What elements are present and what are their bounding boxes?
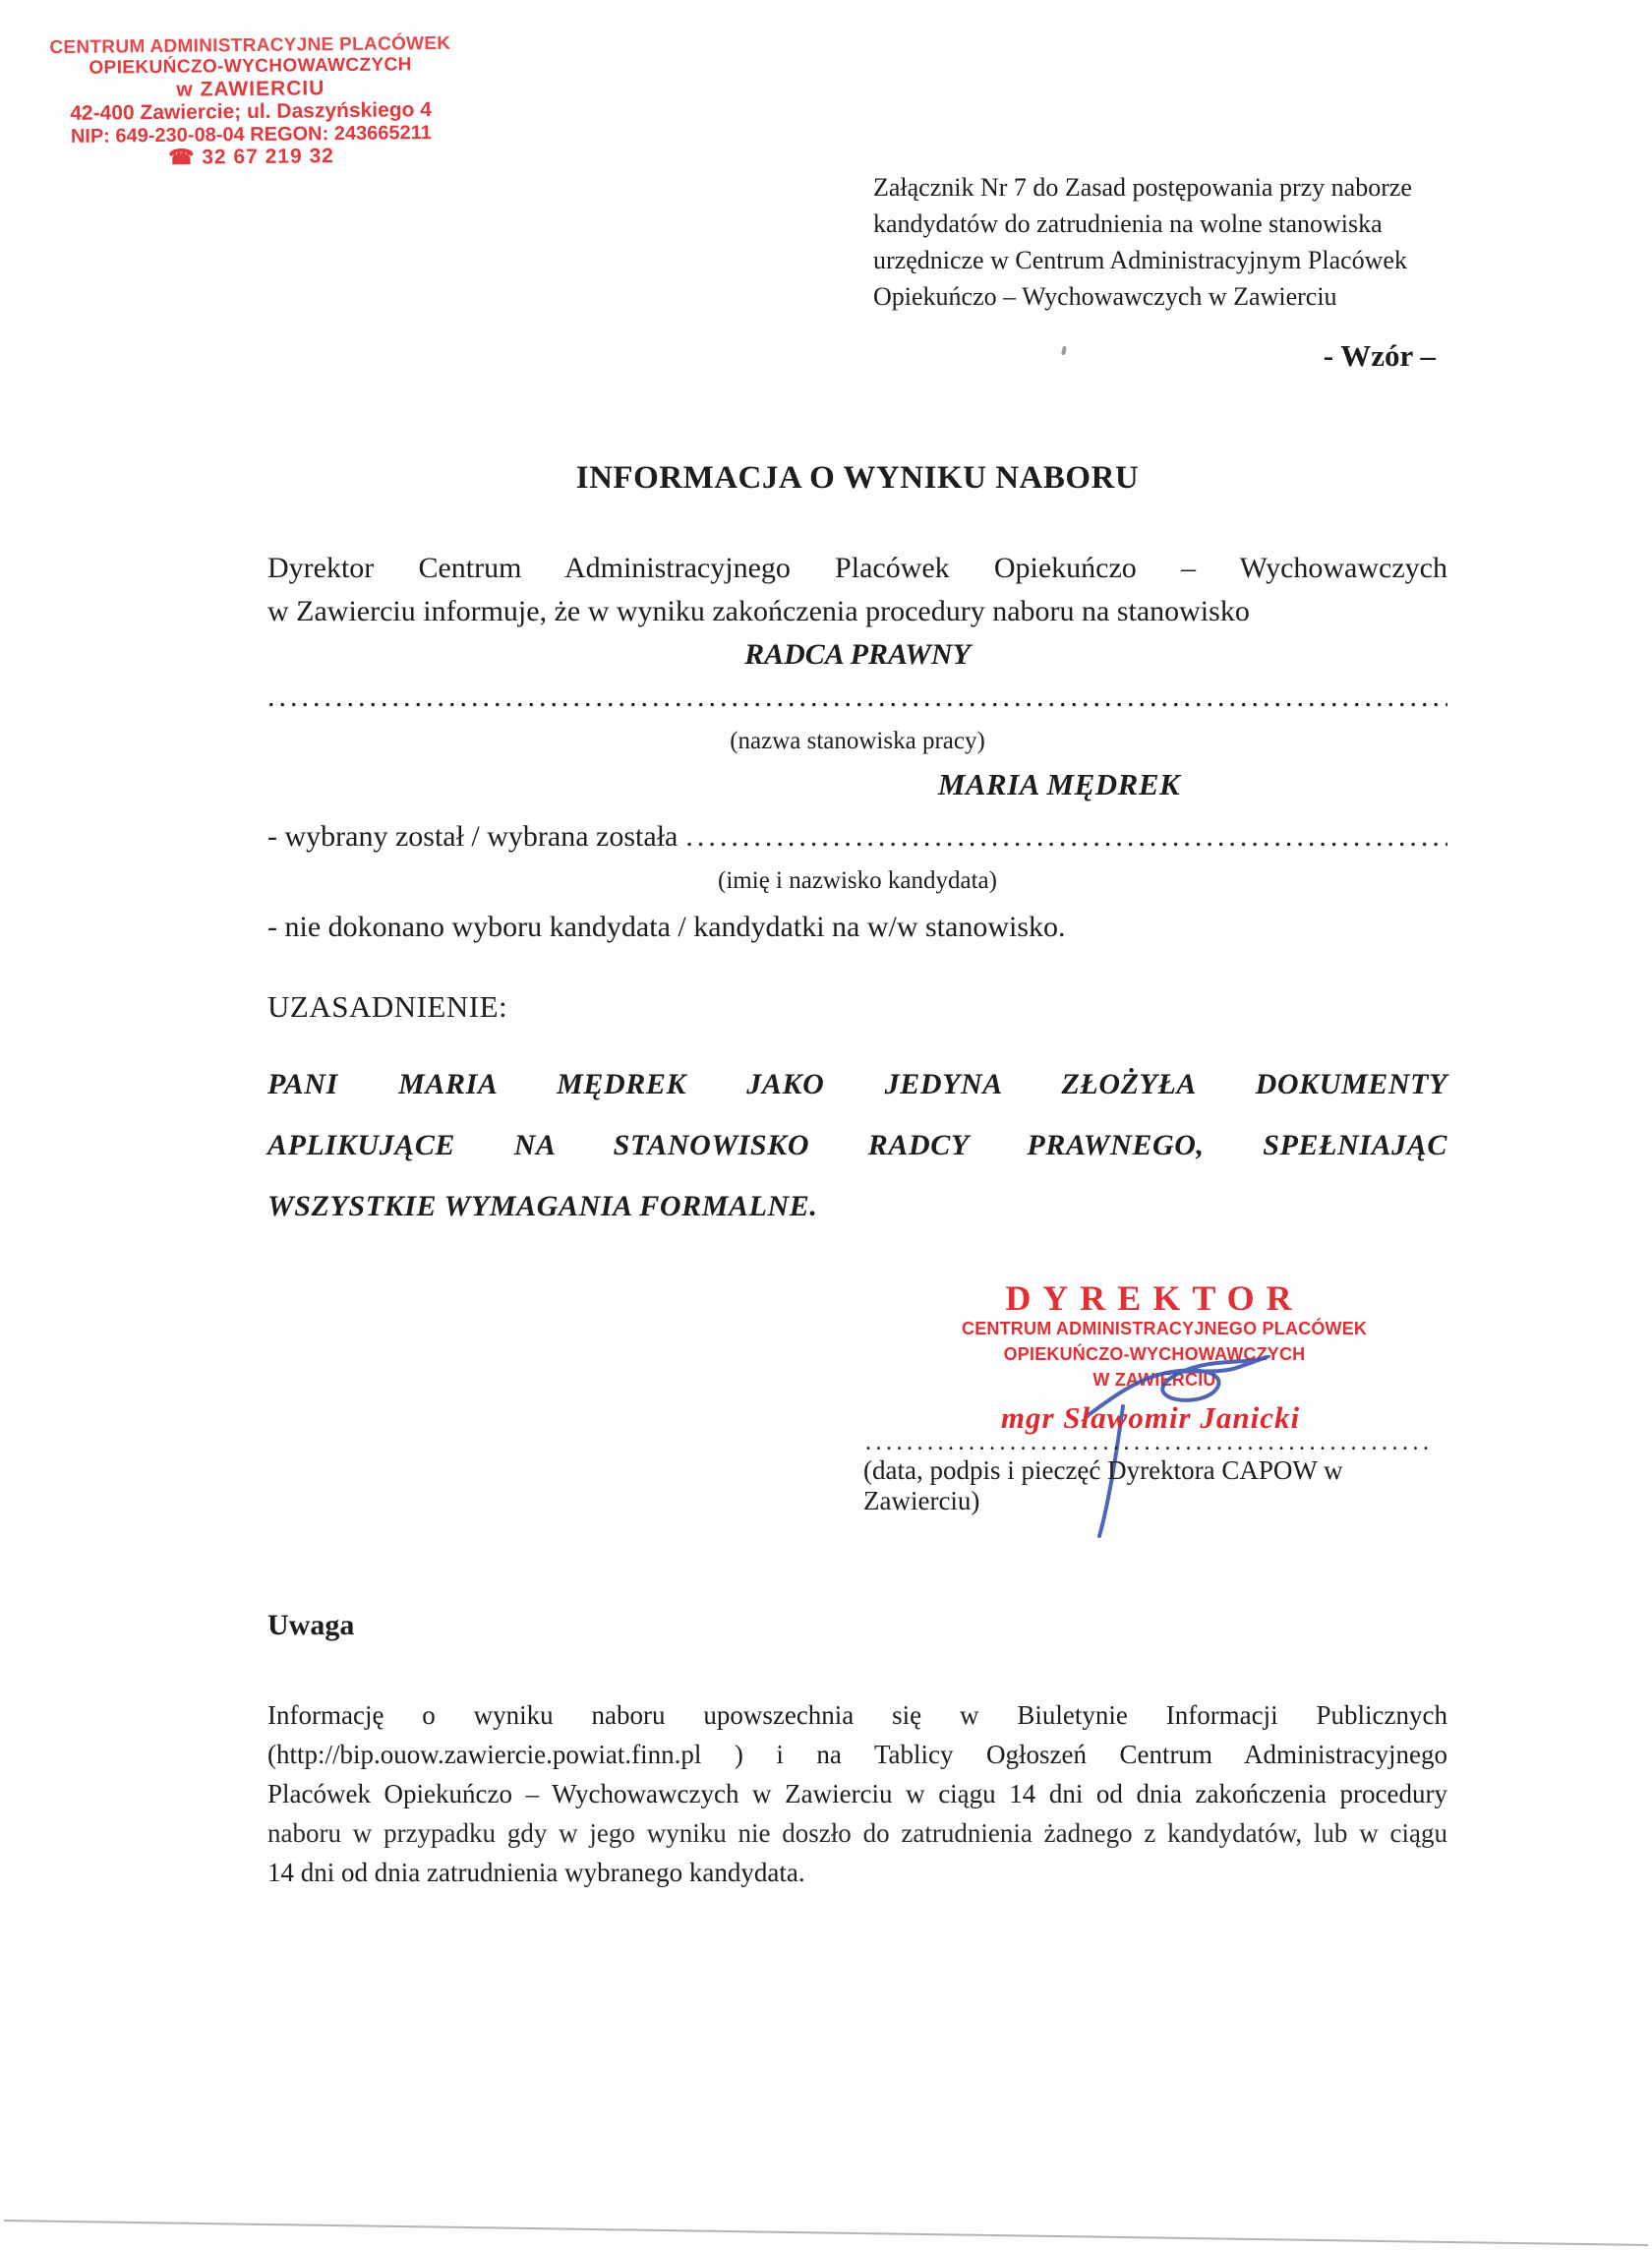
no-selection-line: - nie dokonano wyboru kandydata / kandyd…: [267, 911, 1447, 944]
director-stamp-title: DYREKTOR: [962, 1280, 1347, 1316]
note-line: (http://bip.ouow.zawiercie.powiat.finn.p…: [267, 1735, 1447, 1774]
organization-stamp: CENTRUM ADMINISTRACYJNE PLACÓWEK OPIEKUŃ…: [48, 33, 452, 171]
intro-line: w Zawierciu informuje, że w wyniku zakoń…: [267, 590, 1447, 633]
justification-heading: UZASADNIENIE:: [267, 989, 1447, 1025]
caption-candidate-name: (imię i nazwisko kandydata): [267, 867, 1447, 895]
org-stamp-phone: ☎ 32 67 219 32: [49, 144, 452, 171]
signature-dotted-line: ........................................…: [865, 1434, 1434, 1452]
intro-paragraph: Dyrektor Centrum Administracyjnego Placó…: [267, 547, 1447, 677]
attachment-note: Załącznik Nr 7 do Zasad postępowania prz…: [873, 169, 1439, 315]
selected-line-label: - wybrany został / wybrana została: [267, 820, 678, 854]
candidate-name: MARIA MĘDREK: [267, 767, 1447, 802]
justification-line: PANI MARIA MĘDREK JAKO JEDYNA ZŁOŻYŁA DO…: [267, 1054, 1447, 1115]
attachment-note-line: Załącznik Nr 7 do Zasad postępowania prz…: [873, 169, 1439, 206]
org-stamp-line: NIP: 649-230-08-04 REGON: 243665211: [49, 121, 452, 148]
note-line: naboru w przypadku gdy w jego wyniku nie…: [267, 1813, 1447, 1853]
signature-caption: (data, podpis i pieczęć Dyrektora CAPOW …: [863, 1455, 1439, 1516]
justification-paragraph: PANI MARIA MĘDREK JAKO JEDYNA ZŁOŻYŁA DO…: [267, 1054, 1447, 1237]
attachment-note-line: kandydatów do zatrudnienia na wolne stan…: [873, 206, 1439, 242]
justification-line: APLIKUJĄCE NA STANOWISKO RADCY PRAWNEGO,…: [267, 1115, 1447, 1176]
org-stamp-line: OPIEKUŃCZO-WYCHOWAWCZYCH: [49, 54, 452, 80]
document-title: INFORMACJA O WYNIKU NABORU: [267, 460, 1447, 497]
scan-speck: [1061, 346, 1067, 356]
dotted-leader: ........................................…: [685, 820, 1447, 854]
attachment-note-line: Opiekuńczo – Wychowawczych w Zawierciu: [873, 278, 1439, 315]
intro-line: Dyrektor Centrum Administracyjnego Placó…: [267, 547, 1447, 590]
dotted-line-position: ........................................…: [267, 686, 1447, 708]
justification-line: WSZYSTKIE WYMAGANIA FORMALNE.: [267, 1176, 1447, 1237]
signed-name: mgr Sławomir Janicki: [944, 1400, 1357, 1436]
document-page: CENTRUM ADMINISTRACYJNE PLACÓWEK OPIEKUŃ…: [0, 0, 1652, 2252]
wzor-label: - Wzór –: [1324, 338, 1436, 374]
attachment-note-line: urzędnicze w Centrum Administracyjnym Pl…: [873, 242, 1439, 278]
selected-line: - wybrany został / wybrana została .....…: [267, 820, 1447, 854]
caption-position-name: (nazwa stanowiska pracy): [267, 728, 1447, 755]
org-stamp-line: CENTRUM ADMINISTRACYJNE PLACÓWEK: [48, 33, 451, 59]
position-name: RADCA PRAWNY: [267, 633, 1447, 677]
note-heading: Uwaga: [267, 1609, 1447, 1642]
scan-artifact-line: [0, 2208, 1652, 2252]
note-line: 14 dni od dnia zatrudnienia wybranego ka…: [267, 1853, 1447, 1892]
note-line: Placówek Opiekuńczo – Wychowawczych w Za…: [267, 1774, 1447, 1813]
note-paragraph: Informację o wyniku naboru upowszechnia …: [267, 1695, 1447, 1892]
note-line: Informację o wyniku naboru upowszechnia …: [267, 1695, 1447, 1735]
signature-scribble: [1072, 1355, 1288, 1552]
director-stamp-line: CENTRUM ADMINISTRACYJNEGO PLACÓWEK: [962, 1316, 1347, 1341]
